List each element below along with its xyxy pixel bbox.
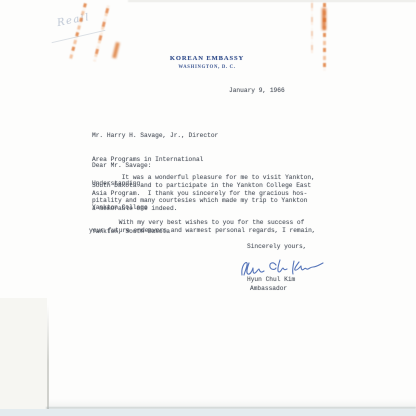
signer-typed-name: Hyun Chul Kim [247, 276, 295, 284]
address-line: Mr. Harry H. Savage, Jr., Director [92, 132, 218, 140]
rust-stain-left-blob [112, 42, 119, 58]
body-paragraph-2: With my very best wishes to you for the … [89, 219, 316, 235]
salutation: Dear Mr. Savage: [92, 162, 151, 170]
rust-stain-left-a [69, 3, 86, 60]
letter-date: January 9, 1966 [229, 87, 285, 95]
signer-title: Ambassador [250, 285, 287, 293]
page-left-edge [47, 305, 49, 409]
rust-stain-right-a [311, 0, 313, 54]
body-paragraph-1: It was a wonderful pleasure for me to vi… [92, 174, 315, 213]
closing-phrase: Sincerely yours, [247, 243, 306, 251]
letter-scan: Reall KOREAN EMBASSY WASHINGTON, D. C. J… [0, 0, 416, 416]
letterhead-location: WASHINGTON, D. C. [146, 65, 268, 71]
scan-background-left [0, 298, 47, 416]
rust-stain-left-b [93, 5, 110, 62]
scan-background-bottom [0, 409, 416, 416]
page-top-edge [128, 0, 416, 2]
rust-stain-right-blob [322, 8, 326, 30]
letterhead-embassy-name: KOREAN EMBASSY [146, 55, 268, 62]
letterhead: KOREAN EMBASSY WASHINGTON, D. C. [146, 55, 268, 71]
pencil-annotation: Reall [56, 12, 91, 29]
